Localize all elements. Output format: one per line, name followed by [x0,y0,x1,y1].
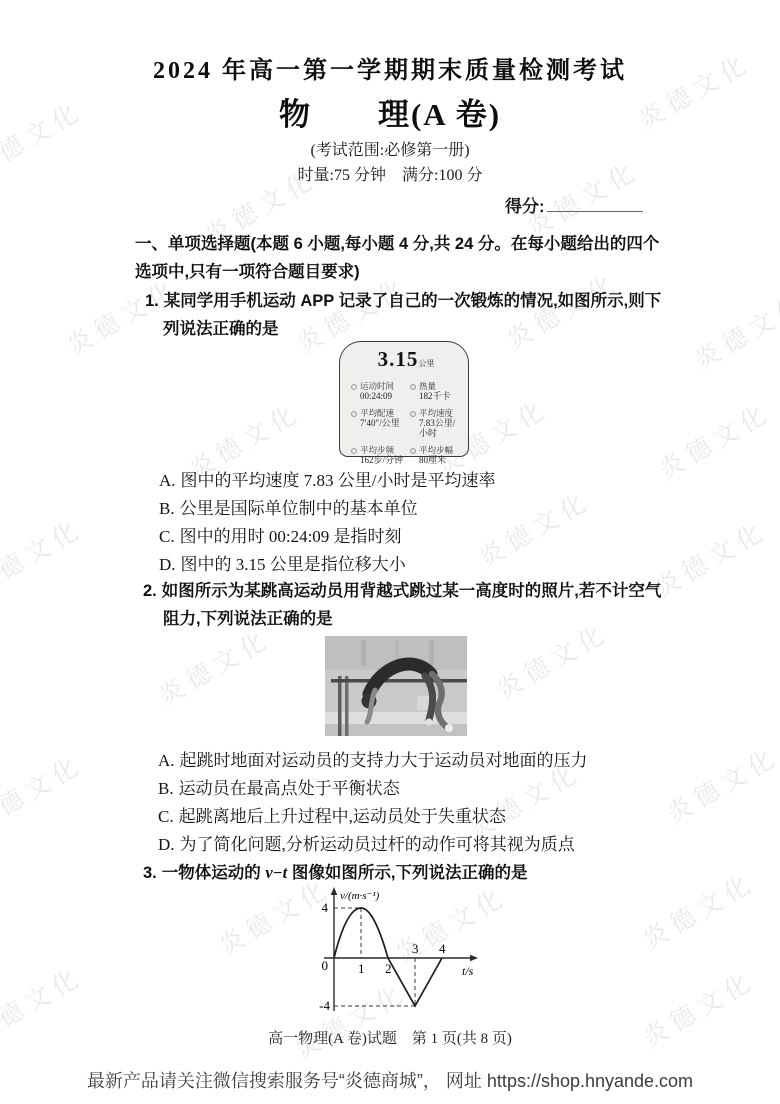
stat-value: 7.83公里/小时 [419,418,461,438]
pace-icon [351,411,357,417]
option-text: 图中的平均速度 7.83 公里/小时是平均速率 [181,471,496,490]
option-letter: C. [159,527,175,546]
question2-number: 2. [143,582,157,600]
watermark: 炎德文化 [659,737,780,830]
option-text: 图中的 3.15 公里是指位移大小 [181,555,406,574]
question1-stem-line1: 1.某同学用手机运动 APP 记录了自己的一次锻炼的情况,如图所示,则下 [145,287,661,311]
question1-option-d: D.图中的 3.15 公里是指位移大小 [159,550,406,575]
score-blank-line [547,195,643,212]
steps-icon [351,448,357,454]
stat-label: 平均配速 [360,408,406,418]
stat-value: 7′40″/公里 [360,418,406,428]
x-tick-1: 1 [358,961,365,976]
option-text: 公里是国际单位制中的基本单位 [180,499,418,518]
stat-value: 182千卡 [419,391,461,401]
option-text: 起跳时地面对运动员的支持力大于运动员对地面的压力 [180,751,588,770]
subject-title: 物 理(A 卷) [0,89,780,134]
question1-number: 1. [145,292,159,310]
stat-value: 162步/分钟 [360,455,406,465]
x-tick-2: 2 [385,961,392,976]
score-row: 得分: [505,192,643,217]
question1-option-b: B.公里是国际单位制中的基本单位 [159,494,418,519]
app-stat-cadence: 平均步频 162步/分钟 [351,445,406,465]
y-tick-neg4: -4 [319,998,330,1013]
stat-label: 平均步频 [360,445,406,455]
option-text: 运动员在最高点处于平衡状态 [179,779,400,798]
y-tick-4: 4 [322,900,329,915]
crossbar [331,679,467,683]
stat-value: 00:24:09 [360,391,406,401]
stat-label: 热量 [419,381,461,391]
option-letter: A. [158,751,175,770]
stride-icon [410,448,416,454]
watermark: 炎德文化 [687,283,780,376]
question3-stem: 3.一物体运动的 v−t 图像如图所示,下列说法正确的是 [143,859,527,883]
x-axis-arrow [470,955,478,962]
question2-option-d: D.为了简化问题,分析运动员过杆的动作可将其视为质点 [158,830,575,855]
high-jump-photo [325,636,467,736]
exam-title: 2024 年高一第一学期期末质量检测考试 [0,50,780,85]
question3-text-before: 一物体运动的 [162,864,261,882]
x-tick-3: 3 [412,941,419,956]
option-letter: C. [158,807,174,826]
app-stats-grid: 运动时间 00:24:09 热量 182千卡 平均配速 7′40″/公里 平均速… [351,381,461,465]
option-text: 图中的用时 00:24:09 是指时刻 [180,527,402,546]
velocity-curve [334,908,442,1006]
exam-page: 炎德文化 炎德文化 炎德文化 炎德文化 炎德文化 炎德文化 炎德文化 炎德文化 … [0,0,780,1104]
option-letter: D. [159,555,176,574]
app-stat-duration: 运动时间 00:24:09 [351,381,406,401]
score-label: 得分: [505,197,545,216]
question1-option-a: A.图中的平均速度 7.83 公里/小时是平均速率 [159,466,496,491]
x-tick-4: 4 [439,941,446,956]
question2-option-c: C.起跳离地后上升过程中,运动员处于失重状态 [158,802,506,827]
promo-banner: 最新产品请关注微信搜索服务号“炎德商城”， 网址 https://shop.hn… [0,1067,780,1093]
question1-option-c: C.图中的用时 00:24:09 是指时刻 [159,522,402,547]
watermark: 炎德文化 [635,863,760,956]
section1-header-line2: 选项中,只有一项符合题目要求) [135,258,360,282]
option-letter: B. [158,779,174,798]
option-letter: A. [159,471,176,490]
vt-graph: v/(m·s⁻¹) 4 0 -4 1 2 3 4 t/s [294,882,494,1018]
watermark: 炎德文化 [151,619,276,712]
app-distance: 3.15公里 [351,348,461,375]
question3-number: 3. [143,864,157,882]
watermark: 炎德文化 [471,481,596,574]
exam-scope: (考试范围:必修第一册) [0,137,780,160]
question2-stem-line1: 2.如图所示为某跳高运动员用背越式跳过某一高度时的照片,若不计空气 [143,577,661,601]
x-axis-label: t/s [462,964,474,978]
exam-duration-score: 时量:75 分钟 满分:100 分 [0,162,780,185]
app-distance-unit: 公里 [418,359,434,368]
stat-label: 平均速度 [419,408,461,418]
option-text: 起跳离地后上升过程中,运动员处于失重状态 [179,807,506,826]
speed-icon [410,411,416,417]
question3-text-after: 图像如图所示,下列说法正确的是 [292,864,528,882]
section1-title: 一、单项选择题 [135,235,251,253]
app-stat-pace: 平均配速 7′40″/公里 [351,408,406,438]
watermark: 炎德文化 [651,393,776,486]
watermark: 炎德文化 [647,511,772,604]
app-stat-speed: 平均速度 7.83公里/小时 [410,408,461,438]
question2-option-a: A.起跳时地面对运动员的支持力大于运动员对地面的压力 [158,746,588,771]
stat-label: 运动时间 [360,381,406,391]
clock-icon [351,384,357,390]
section1-rules-part1: (本题 6 小题,每小题 4 分,共 24 分。在每小题给出的四个 [251,235,660,253]
watermark: 炎德文化 [0,745,89,838]
y-tick-0: 0 [322,958,329,973]
stat-label: 平均步幅 [419,445,461,455]
question1-stem-line2: 列说法正确的是 [163,315,279,339]
fitness-app-screenshot: 3.15公里 运动时间 00:24:09 热量 182千卡 平均配速 7′40″… [339,341,469,457]
app-stat-stride: 平均步幅 80厘米 [410,445,461,465]
option-text: 为了简化问题,分析运动员过杆的动作可将其视为质点 [180,835,575,854]
option-letter: B. [159,499,175,518]
question2-stem-line2: 阻力,下列说法正确的是 [163,605,333,629]
watermark: 炎德文化 [0,509,89,602]
jump-post [338,676,342,736]
y-axis-label: v/(m·s⁻¹) [340,890,380,902]
question2-option-b: B.运动员在最高点处于平衡状态 [158,774,400,799]
page-footer: 高一物理(A 卷)试题 第 1 页(共 8 页) [0,1027,780,1048]
option-letter: D. [158,835,175,854]
watermark: 炎德文化 [489,613,614,706]
app-stat-calories: 热量 182千卡 [410,381,461,401]
question1-text-line1: 某同学用手机运动 APP 记录了自己的一次锻炼的情况,如图所示,则下 [164,292,661,310]
jump-post [345,676,349,736]
flame-icon [410,384,416,390]
stat-value: 80厘米 [419,455,461,465]
section1-header-line1: 一、单项选择题(本题 6 小题,每小题 4 分,共 24 分。在每小题给出的四个 [135,230,659,254]
vt-symbol: v−t [265,863,287,882]
y-axis-arrow [331,887,338,895]
question2-text-line1: 如图所示为某跳高运动员用背越式跳过某一高度时的照片,若不计空气 [162,582,662,600]
app-distance-value: 3.15 [378,347,419,371]
